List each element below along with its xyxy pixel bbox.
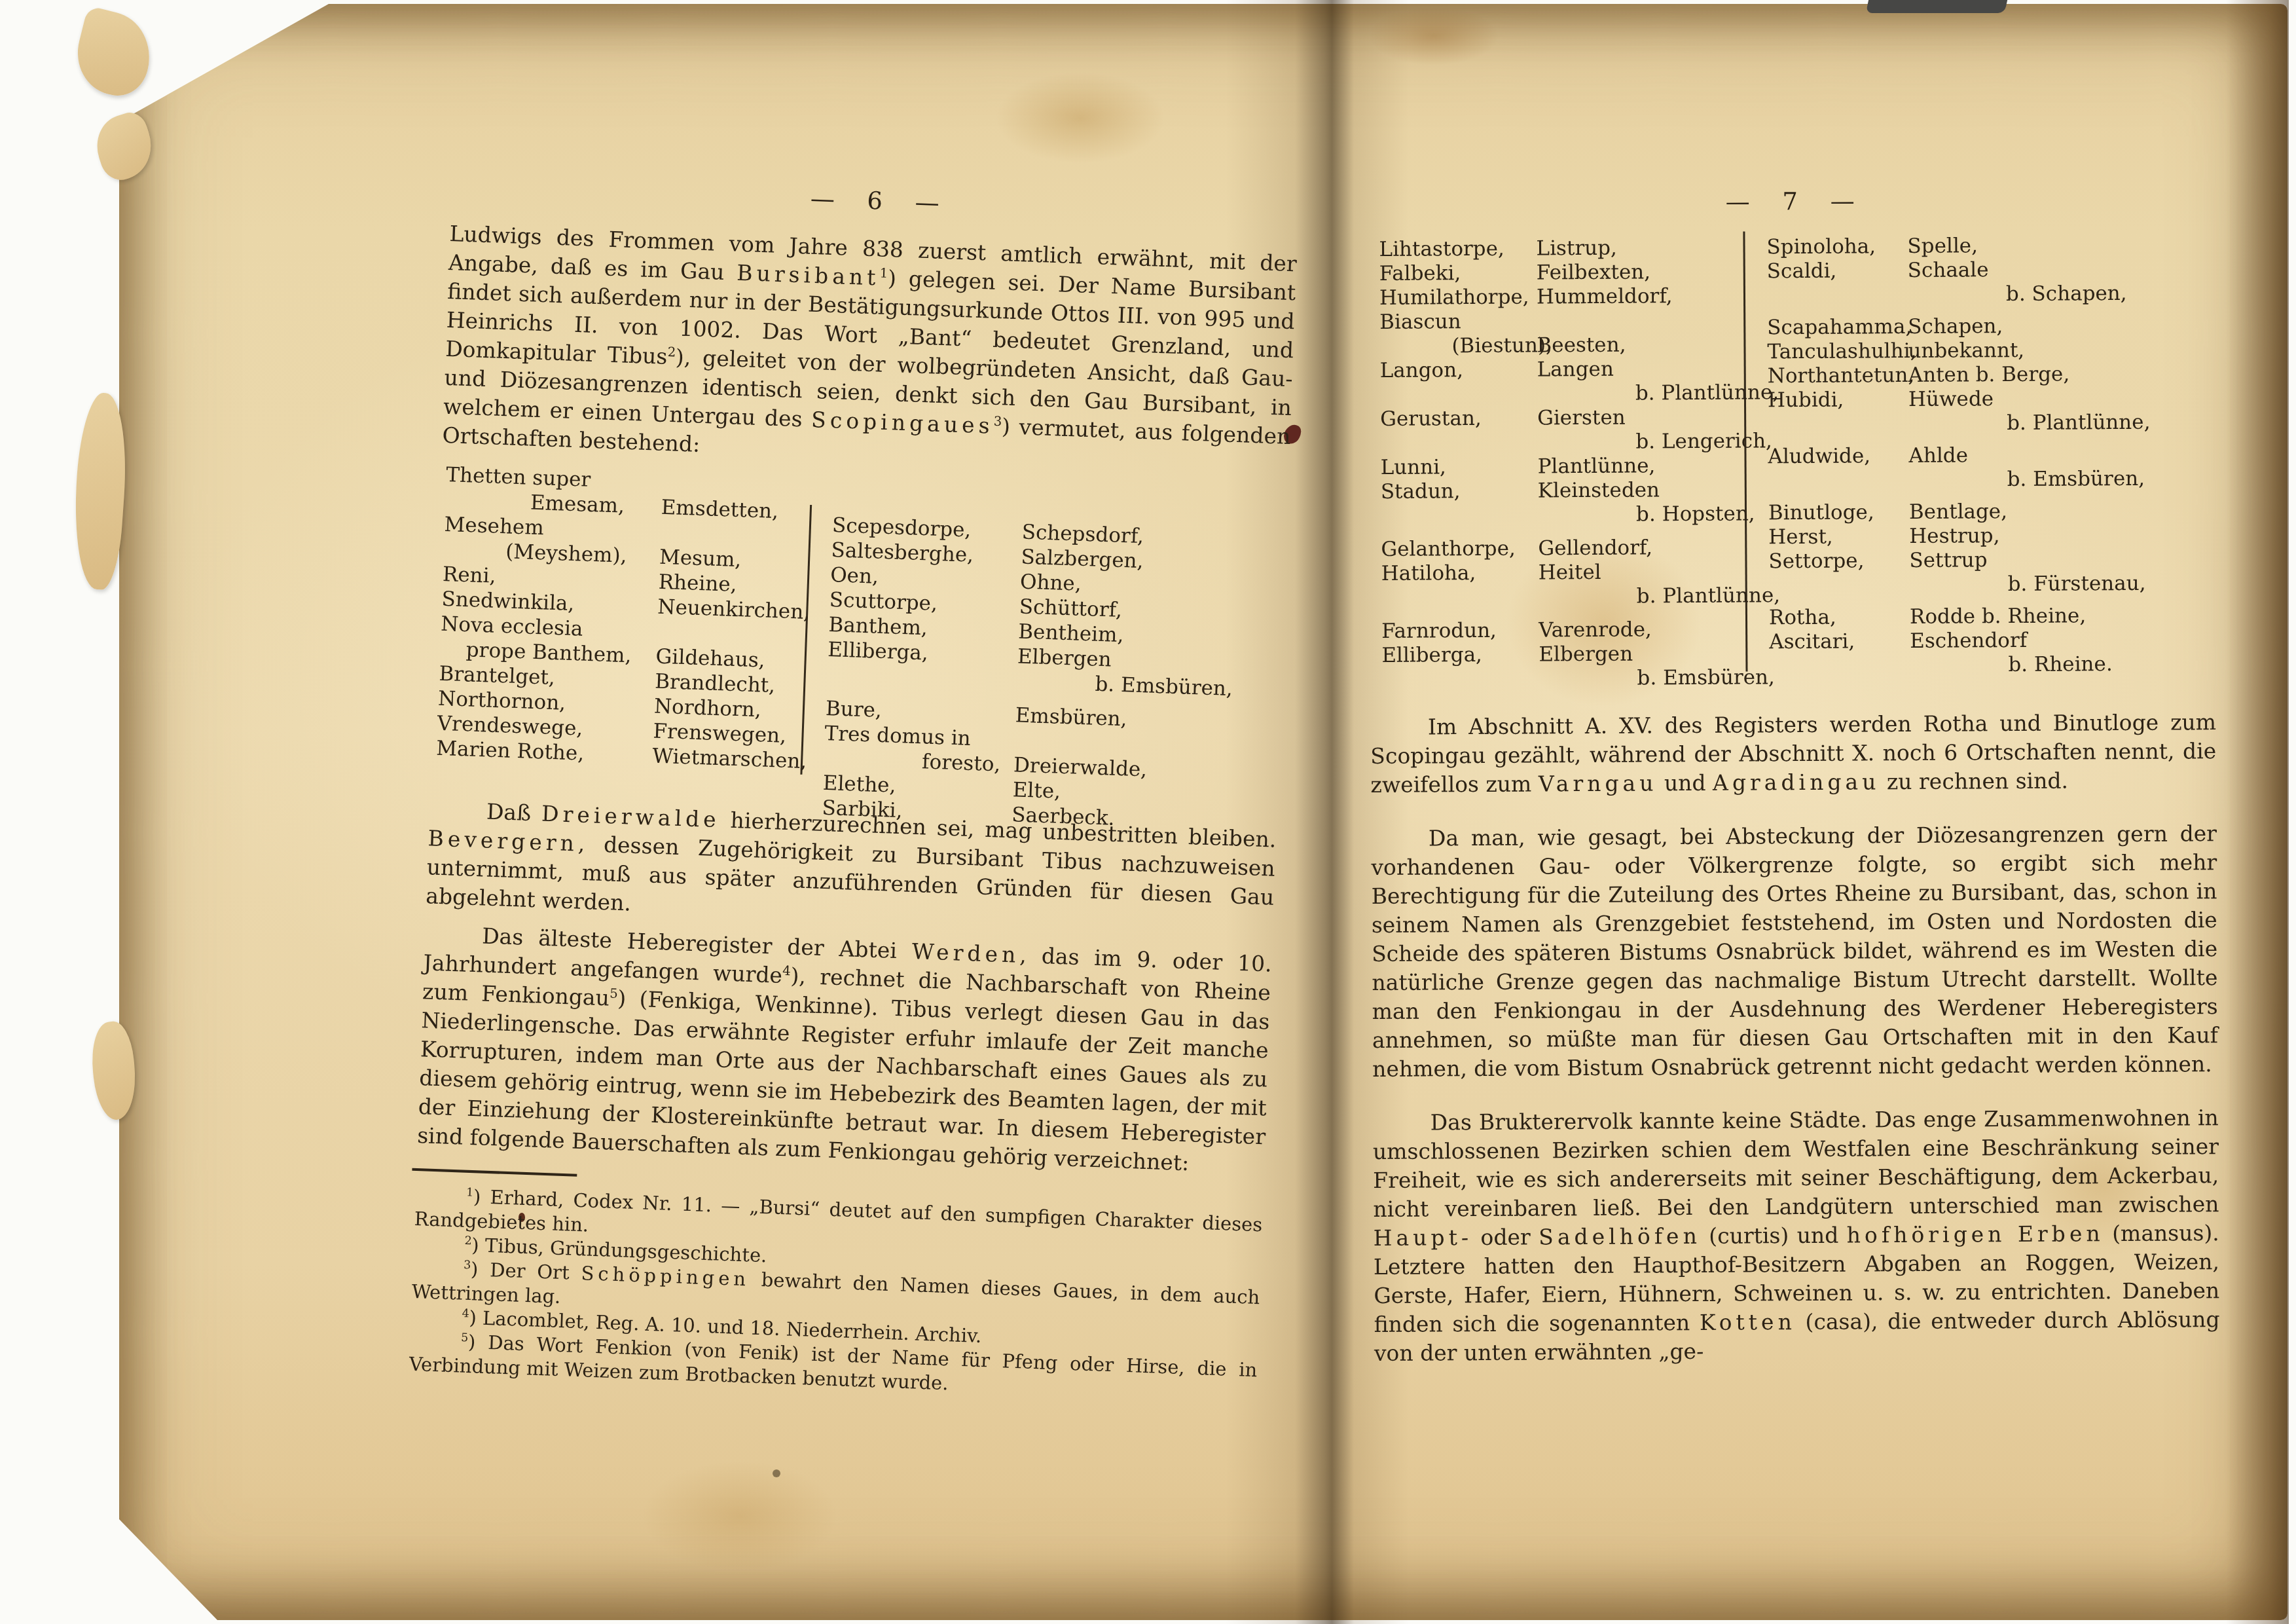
place-modern-name: Neuenkirchen, (657, 595, 811, 624)
place-column-right: Scepesdorpe,Schepsdorf,Saltesberghe,Salz… (822, 513, 1285, 837)
paragraph: Das älteste Heberegister der Abtei Werde… (417, 919, 1273, 1180)
place-old-name: Farnrodun, (1381, 619, 1497, 643)
place-old-name: Mesehem (444, 513, 544, 540)
paragraph: Im Abschnitt A. XV. des Registers werden… (1370, 708, 2217, 800)
spaced-emphasis: Bursibant (737, 260, 880, 291)
place-modern-name: Schepsdorf, (1021, 521, 1144, 549)
place-row: Tanculashulhi,unbekannt, (1767, 337, 2212, 364)
text-run: ) Der Ort (471, 1258, 582, 1284)
page-6: — 6 — Ludwigs des Frommen vom Jahre 838 … (409, 172, 1299, 1407)
footnote-marker: 3 (464, 1259, 471, 1272)
place-row: (Biestun),Beesten, (1379, 333, 1738, 359)
place-modern-name: Hestrup, (1909, 524, 1999, 548)
place-modern-name: Nordhorn, (653, 695, 761, 722)
place-modern-name: Listrup, (1536, 236, 1617, 261)
place-old-name: Oen, (830, 563, 879, 589)
place-modern-name: Saerbeck. (1011, 803, 1115, 830)
place-row: Rotha,Rodde b. Rheine, (1769, 603, 2214, 630)
place-modern-name: Schaale (1908, 258, 1989, 282)
place-old-name: Scuttorpe, (829, 588, 938, 616)
page-number: — 7 — (1367, 185, 2213, 218)
place-row: b. Plantlünne, (1381, 584, 1740, 610)
place-modern-name: Ohne, (1020, 570, 1082, 595)
place-modern-name: Mesum, (659, 545, 741, 572)
place-row: Elliberga,Elbergen (1381, 642, 1740, 668)
place-row: Falbeki,Feilbexten, (1379, 260, 1738, 286)
place-old-name: Scapahamma, (1767, 315, 1912, 339)
place-modern-name: Schapen, (1908, 314, 2003, 339)
text-run: zu rechnen sind. (1880, 767, 2068, 794)
footnote-marker: 4 (462, 1307, 469, 1320)
place-modern-name: Elbergen (1539, 642, 1633, 667)
place-row: Binutloge,Bentlage, (1768, 498, 2214, 525)
place-column-right: Spinoloha,Spelle,Scaldi,Schaaleb. Schape… (1766, 232, 2214, 678)
place-modern-name: Hummeldorf, (1537, 284, 1673, 308)
place-row: Ascitari,Eschendorf (1769, 627, 2214, 654)
place-modern-name: Gellendorf, (1538, 536, 1652, 560)
place-modern-name: Ahlde (1908, 443, 1968, 468)
place-modern-name: b. Lengerich, (1635, 429, 1772, 453)
text-run: oder (1472, 1224, 1539, 1250)
place-modern-name: unbekannt, (1908, 339, 2024, 363)
place-old-name: Spinoloha, (1766, 234, 1876, 259)
place-modern-name: Plantlünne, (1537, 454, 1655, 478)
place-row: Scapahamma,Schapen, (1767, 313, 2212, 340)
place-old-name: (Meyshem), (505, 540, 627, 568)
place-modern-name: Settrup (1909, 548, 1987, 572)
place-modern-name: Schüttorf, (1019, 595, 1122, 622)
place-old-name: Elliberga, (1381, 643, 1482, 667)
footnote-marker: 4 (782, 963, 791, 978)
place-modern-name: Rheine, (658, 570, 737, 597)
place-modern-name: b. Emsbüren, (2007, 467, 2145, 491)
place-row: Aludwide,Ahlde (1768, 442, 2213, 469)
footnote-marker: 1 (466, 1186, 474, 1199)
place-row: Humilathorpe,Hummeldorf, (1379, 284, 1738, 310)
place-modern-name: Langen (1537, 358, 1614, 382)
place-old-name: Tres domus in (824, 722, 971, 750)
place-modern-name: Emsbüren, (1015, 703, 1127, 731)
place-modern-name: Rodde b. Rheine, (1910, 604, 2086, 629)
spaced-emphasis: Werden (911, 938, 1020, 968)
spaced-emphasis: Sadelhöfen (1539, 1223, 1701, 1250)
place-old-name: Northantetun, (1768, 363, 1915, 388)
text-run: Da man, wie gesagt, bei Absteckung der D… (1371, 821, 2218, 1082)
footnote-marker: 2 (464, 1234, 472, 1247)
place-old-name: Bure, (825, 697, 882, 722)
footnote-separator (412, 1168, 577, 1177)
place-modern-name: Emsdetten, (661, 496, 778, 523)
place-modern-name: Beesten, (1537, 333, 1626, 358)
place-row: b. Emsbüren, (1381, 666, 1740, 692)
place-row: Lunni,Plantlünne, (1380, 454, 1739, 480)
place-row: Scaldi,Schaale (1767, 257, 2212, 284)
place-old-name: Rotha, (1769, 606, 1836, 630)
place-row: b. Plantlünne, (1768, 410, 2213, 437)
place-row: Hubidi,Hüwede (1768, 386, 2213, 413)
place-row: Gelanthorpe,Gellendorf, (1381, 536, 1740, 562)
place-modern-name: b. Plantlünne, (1637, 583, 1780, 608)
paragraph: Ludwigs des Frommen vom Jahre 838 zuerst… (442, 219, 1298, 480)
text-run: ) (Fenkiga, Wenkinne). Tibus verlegt die… (417, 986, 1270, 1175)
footnotes: 1) Erhard, Codex Nr. 11. — „Bursi“ deute… (409, 1183, 1263, 1407)
ink-speck (773, 1469, 780, 1477)
place-old-name: Langon, (1380, 358, 1464, 382)
place-row: b. Plantlünne, (1380, 381, 1739, 407)
place-modern-name: b. Schapen, (2006, 282, 2127, 306)
place-old-name: Banthem, (828, 613, 928, 640)
text-run: Daß (486, 799, 542, 826)
page-7: — 7 — Lihtastorpe,Listrup,Falbeki,Feilbe… (1367, 185, 2220, 1368)
place-modern-name: Gildehaus, (655, 645, 765, 673)
place-old-name: Marien Rothe, (436, 737, 585, 766)
place-row: Biascun (1379, 308, 1738, 335)
place-modern-name: Eschendorf (1910, 629, 2027, 653)
place-row: Farnrodun,Varenrode, (1381, 618, 1740, 644)
place-modern-name: Elbergen (1017, 644, 1112, 671)
place-row: Spinoloha,Spelle, (1766, 232, 2212, 259)
place-old-name: Falbeki, (1379, 261, 1461, 286)
place-row: Herst,Hestrup, (1768, 523, 2214, 549)
spaced-emphasis: Dreierwalde (541, 801, 721, 833)
paragraph: Da man, wie gesagt, bei Absteckung der D… (1371, 819, 2218, 1084)
place-modern-name: Salzbergen, (1021, 545, 1144, 573)
place-row: Lihtastorpe,Listrup, (1379, 236, 1738, 262)
place-old-name: Gelanthorpe, (1381, 537, 1516, 561)
spaced-emphasis: Agradingau (1713, 769, 1880, 796)
place-old-name: Ascitari, (1769, 629, 1855, 654)
place-row: Northantetun,Anten b. Berge, (1768, 361, 2213, 388)
place-modern-name: Wietmarschen, (652, 745, 807, 773)
place-row: b. Fürstenau, (1769, 571, 2214, 598)
place-name-list: Lihtastorpe,Listrup,Falbeki,Feilbexten,H… (1367, 232, 2215, 688)
place-modern-name: b. Hopsten, (1636, 502, 1755, 526)
place-modern-name: Bentheim, (1018, 619, 1124, 647)
spaced-emphasis: Scopingaues (811, 407, 994, 439)
place-modern-name: b. Emsbüren, (1095, 673, 1233, 701)
footnote-marker: 2 (667, 344, 676, 360)
place-modern-name: b. Emsbüren, (1637, 665, 1774, 690)
place-old-name: Stadun, (1381, 479, 1461, 504)
place-old-name: Scepesdorpe, (831, 513, 972, 542)
place-name-list: Thetten superEmesam,Emsdetten,Mesehem(Me… (429, 463, 1288, 815)
spaced-emphasis: Kotten (1700, 1309, 1796, 1335)
spaced-emphasis: Varngau (1539, 770, 1658, 796)
text-run: (curtis) und (1701, 1223, 1847, 1249)
place-old-name: foresto, (922, 750, 1001, 776)
place-old-name: Binutloge, (1768, 500, 1874, 525)
footnote-marker: 5 (610, 986, 618, 1001)
place-old-name: Settorpe, (1768, 549, 1864, 573)
place-old-name: Gerustan, (1380, 407, 1482, 431)
place-modern-name: b. Fürstenau, (2008, 572, 2146, 596)
place-old-name: Sarbiki, (822, 796, 903, 822)
place-old-name: Hatiloha, (1381, 561, 1476, 585)
place-old-name: Vrendeswege, (437, 712, 583, 741)
place-row: b. Rheine. (1769, 652, 2214, 678)
scanner-artifact (1866, 0, 2007, 13)
place-old-name: Hubidi, (1768, 388, 1844, 413)
place-old-name: Biascun (1379, 310, 1461, 334)
place-column-left: Thetten superEmesam,Emsdetten,Mesehem(Me… (436, 463, 807, 774)
footnote-marker: 5 (461, 1331, 469, 1344)
text-run: Das Brukterervolk kannte keine Städte. D… (1373, 1105, 2219, 1222)
place-row: Langon,Langen (1380, 357, 1739, 383)
place-modern-name: Bentlage, (1909, 500, 2007, 524)
place-column-left: Lihtastorpe,Listrup,Falbeki,Feilbexten,H… (1379, 236, 1740, 692)
place-old-name: Scaldi, (1767, 259, 1837, 284)
place-old-name: Humilathorpe, (1379, 285, 1529, 309)
place-modern-name: Frenswegen, (653, 720, 787, 748)
spaced-emphasis: Haupt- (1374, 1225, 1472, 1251)
place-row: b. Lengerich, (1380, 430, 1739, 456)
place-old-name: Elethe, (822, 771, 896, 798)
place-old-name: prope Banthem, (465, 638, 632, 667)
place-modern-name: Elte, (1012, 778, 1061, 803)
place-modern-name: Hüwede (1908, 387, 1994, 411)
spaced-emphasis: Bevergern (428, 825, 579, 856)
place-row: Gerustan,Giersten (1380, 405, 1739, 432)
place-old-name: Snedwinkila, (441, 587, 575, 616)
place-old-name: Nova ecclesia (441, 612, 583, 641)
place-row: b. Emsbüren, (1768, 466, 2214, 493)
book-scan: — 6 — Ludwigs des Frommen vom Jahre 838 … (0, 0, 2296, 1624)
place-modern-name: Anten b. Berge, (1908, 362, 2070, 387)
place-old-name: Emesam, (530, 491, 625, 518)
place-modern-name: b. Rheine. (2008, 652, 2113, 676)
place-old-name: Thetten super (446, 463, 591, 492)
place-old-name: Tanculashulhi, (1767, 339, 1916, 363)
spaced-emphasis: hofhörigen Erben (1847, 1221, 2104, 1247)
place-modern-name: Giersten (1537, 406, 1626, 430)
place-modern-name: Varenrode, (1539, 618, 1652, 642)
text-run: ) Erhard, Codex Nr. 11. — „Bursi“ deutet… (414, 1185, 1263, 1236)
place-modern-name: Feilbexten, (1537, 260, 1651, 284)
spaced-emphasis: Schöppingen (581, 1262, 750, 1290)
paragraph: Das Brukterervolk kannte keine Städte. D… (1373, 1103, 2220, 1368)
place-row: b. Schapen, (1767, 281, 2212, 308)
place-old-name: Saltesberghe, (831, 538, 974, 567)
place-row: Settorpe,Settrup (1768, 547, 2214, 574)
place-row: Stadun,Kleinsteden (1381, 478, 1740, 504)
place-modern-name: Dreierwalde, (1013, 753, 1147, 781)
place-modern-name: Kleinsteden (1538, 478, 1660, 502)
place-old-name: Brantelget, (439, 662, 555, 690)
place-old-name: Elliberga, (828, 638, 929, 665)
place-old-name: Aludwide, (1768, 444, 1870, 468)
place-modern-name: Spelle, (1907, 234, 1978, 258)
place-modern-name: Brandlecht, (655, 670, 776, 698)
place-old-name: Herst, (1768, 525, 1833, 549)
place-old-name: Reni, (442, 563, 496, 588)
place-old-name: Northornon, (438, 687, 566, 715)
place-old-name: Lihtastorpe, (1379, 237, 1504, 261)
place-modern-name: Heitel (1538, 561, 1601, 585)
text-run: und (1657, 770, 1713, 796)
place-modern-name: b. Plantlünne, (2007, 411, 2150, 435)
place-old-name: Lunni, (1380, 455, 1446, 479)
place-row: Hatiloha,Heitel (1381, 560, 1740, 586)
place-row: b. Hopsten, (1381, 502, 1740, 528)
place-modern-name: b. Plantlünne, (1635, 380, 1779, 405)
